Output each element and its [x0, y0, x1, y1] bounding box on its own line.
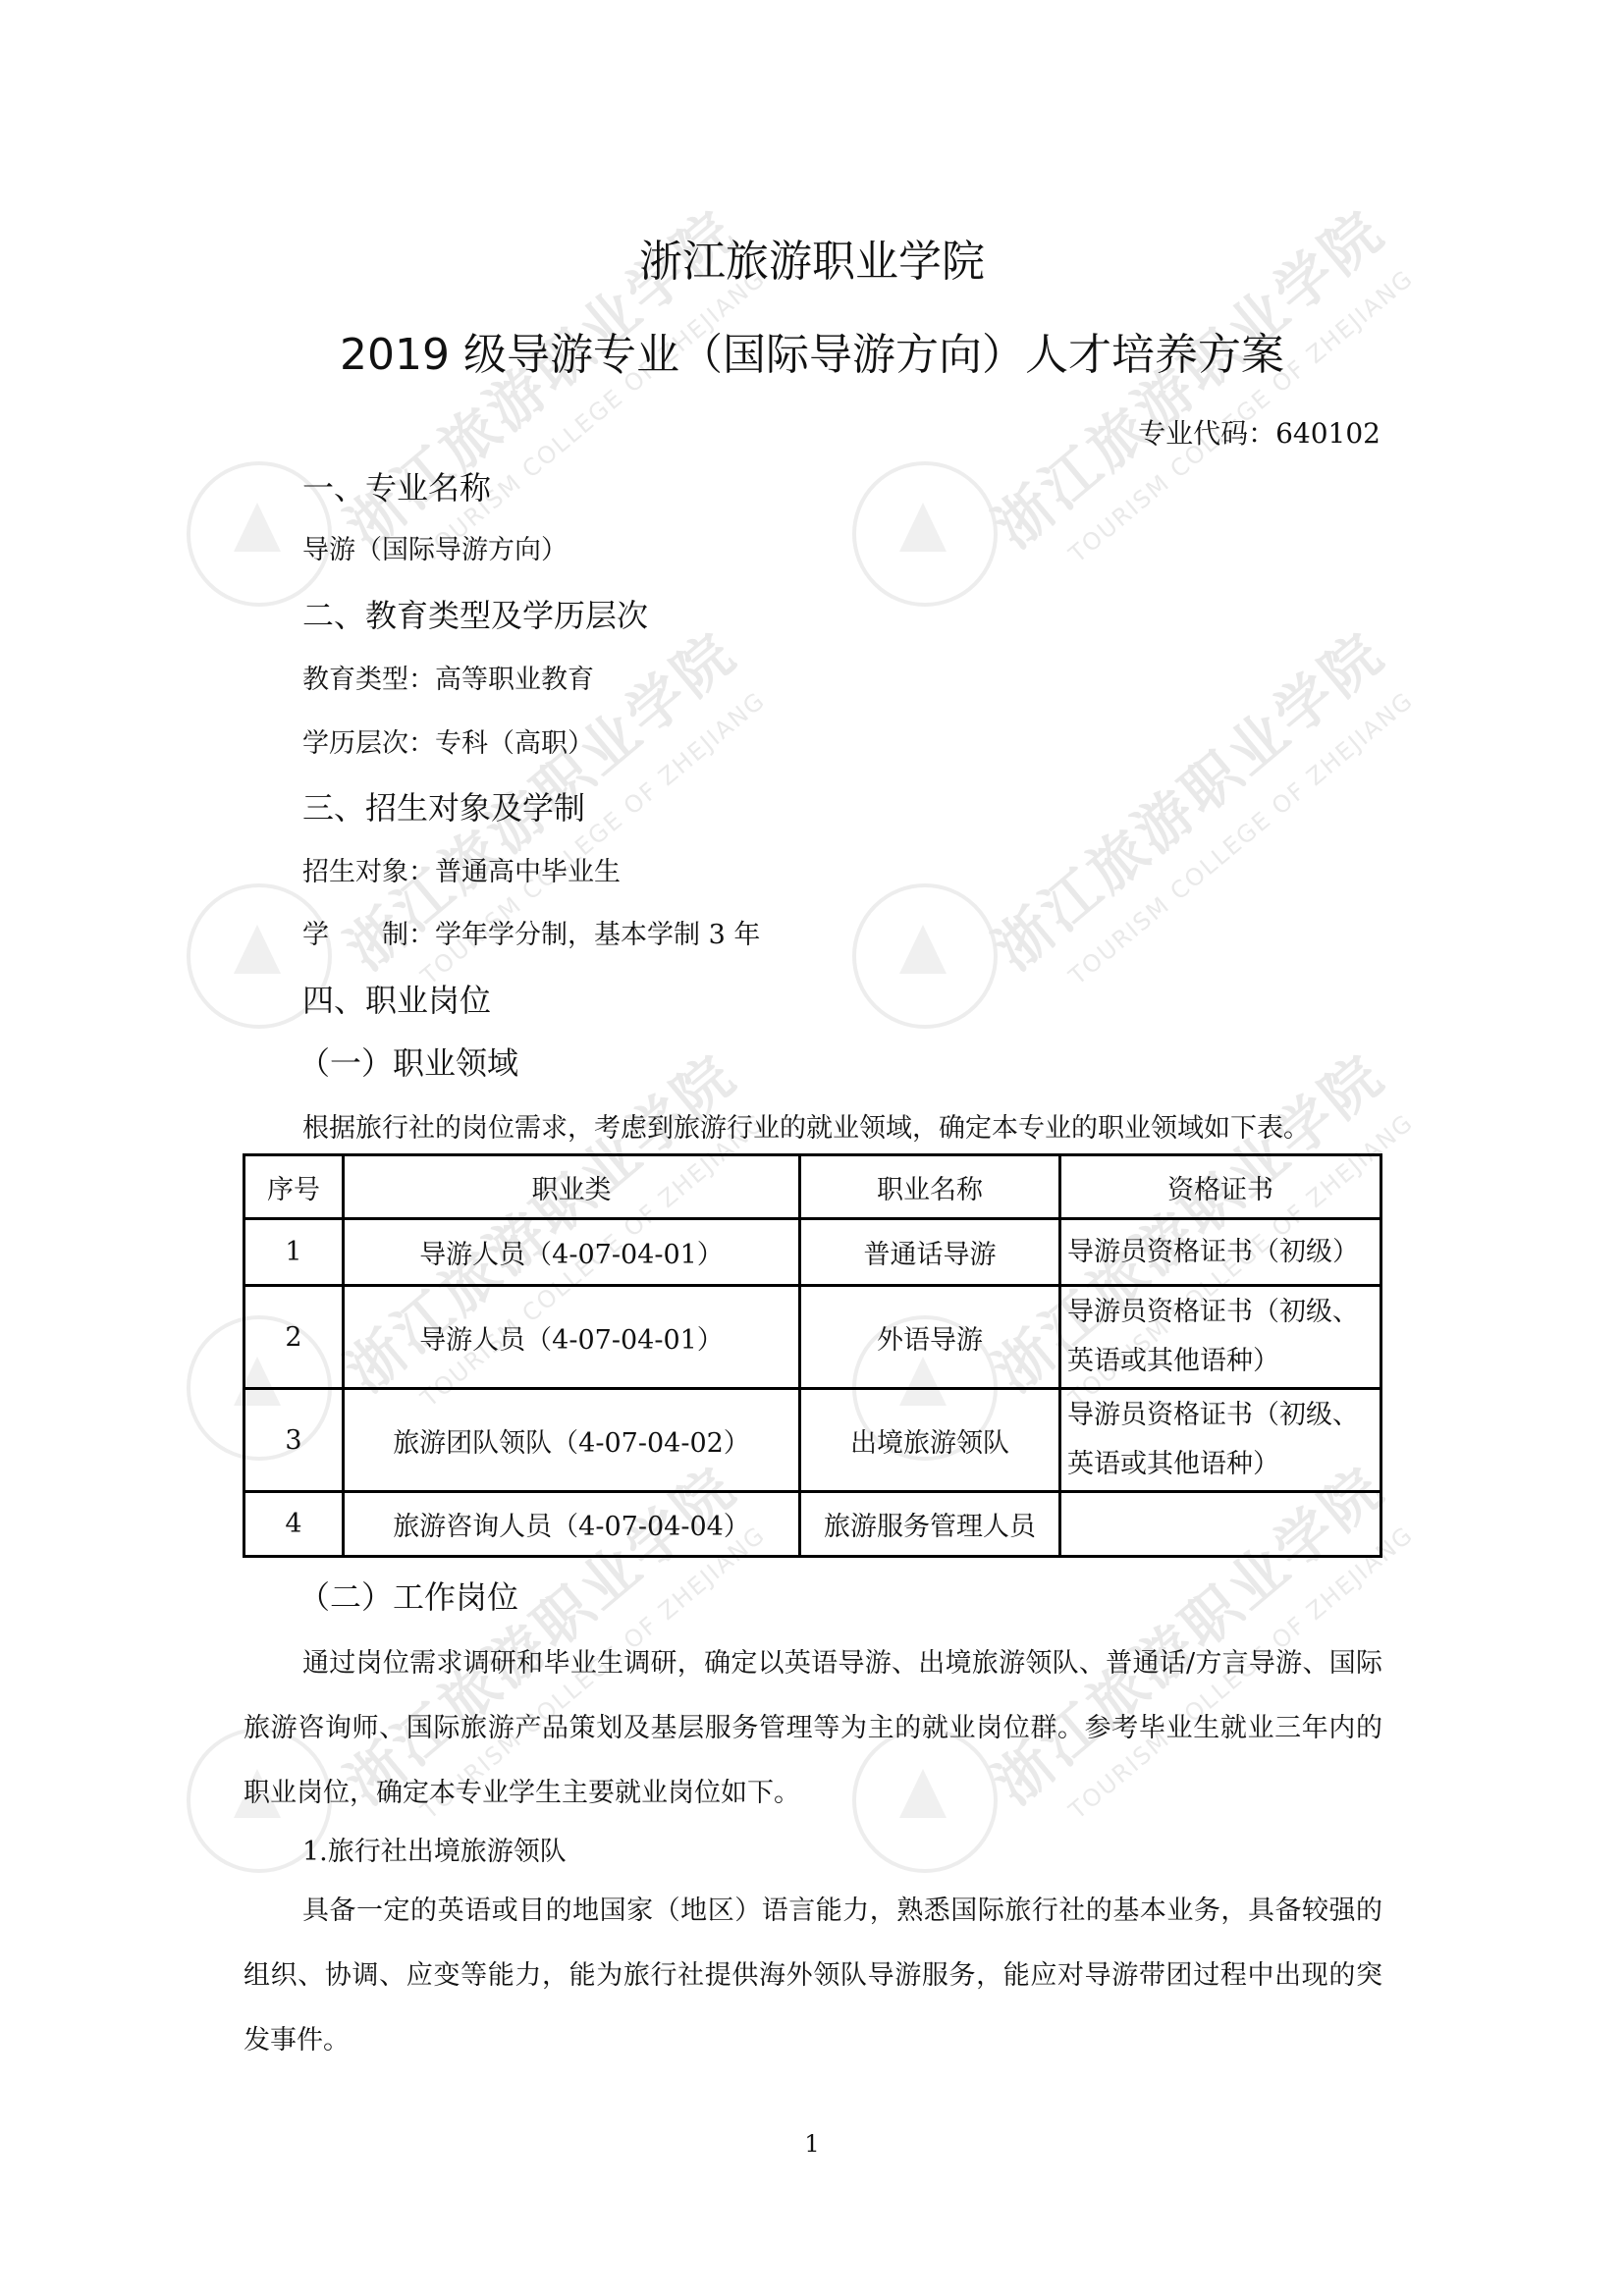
cell-index: 4 [244, 1492, 344, 1557]
section-heading-major-name: 一、专业名称 [302, 463, 491, 508]
watermark-text-en: TOURISM COLLEGE OF ZHEJIANG [1063, 686, 1419, 990]
college-seal-icon [852, 883, 998, 1029]
header-category: 职业类 [344, 1155, 800, 1219]
enrollment-target-text: 招生对象：普通高中毕业生 [302, 850, 621, 888]
education-type-text: 教育类型：高等职业教育 [302, 658, 594, 696]
cell-category: 旅游团队领队（4-07-04-02） [344, 1389, 800, 1492]
cell-certificate: 导游员资格证书（初级） [1060, 1219, 1381, 1286]
cell-category: 旅游咨询人员（4-07-04-04） [344, 1492, 800, 1557]
position-1-description: 具备一定的英语或目的地国家（地区）语言能力，熟悉国际旅行社的基本业务，具备较强的… [244, 1879, 1382, 2073]
cell-certificate [1060, 1492, 1381, 1557]
education-level-text: 学历层次：专科（高职） [302, 721, 594, 760]
institution-title: 浙江旅游职业学院 [0, 226, 1624, 289]
section-heading-education: 二、教育类型及学历层次 [302, 591, 648, 636]
header-certificate: 资格证书 [1060, 1155, 1381, 1219]
cell-job-name: 普通话导游 [800, 1219, 1060, 1286]
major-code: 专业代码：640102 [1138, 412, 1380, 452]
cell-index: 2 [244, 1286, 344, 1389]
cell-certificate: 导游员资格证书（初级、英语或其他语种） [1060, 1389, 1381, 1492]
section-heading-enrollment: 三、招生对象及学制 [302, 783, 585, 828]
table-row: 2 导游人员（4-07-04-01） 外语导游 导游员资格证书（初级、英语或其他… [244, 1286, 1381, 1389]
subsection-heading-work-positions: （二）工作岗位 [298, 1573, 518, 1618]
header-job-name: 职业名称 [800, 1155, 1060, 1219]
page-number: 1 [0, 2130, 1624, 2158]
cell-job-name: 旅游服务管理人员 [800, 1492, 1060, 1557]
work-positions-intro: 通过岗位需求调研和毕业生调研，确定以英语导游、出境旅游领队、普通话/方言导游、国… [244, 1631, 1382, 1826]
major-name-text: 导游（国际导游方向） [302, 528, 568, 566]
subsection-heading-career-fields: （一）职业领域 [298, 1039, 518, 1084]
cell-job-name: 外语导游 [800, 1286, 1060, 1389]
table-header-row: 序号 职业类 职业名称 资格证书 [244, 1155, 1381, 1219]
header-index: 序号 [244, 1155, 344, 1219]
cell-category: 导游人员（4-07-04-01） [344, 1286, 800, 1389]
watermark-text-en: TOURISM COLLEGE OF ZHEJIANG [415, 264, 771, 568]
cell-category: 导游人员（4-07-04-01） [344, 1219, 800, 1286]
career-fields-intro: 根据旅行社的岗位需求，考虑到旅游行业的就业领域，确定本专业的职业领域如下表。 [302, 1106, 1310, 1145]
table-row: 1 导游人员（4-07-04-01） 普通话导游 导游员资格证书（初级） [244, 1219, 1381, 1286]
cell-job-name: 出境旅游领队 [800, 1389, 1060, 1492]
career-fields-table: 序号 职业类 职业名称 资格证书 1 导游人员（4-07-04-01） 普通话导… [243, 1153, 1382, 1558]
cell-index: 3 [244, 1389, 344, 1492]
section-heading-careers: 四、职业岗位 [302, 976, 491, 1021]
table-row: 3 旅游团队领队（4-07-04-02） 出境旅游领队 导游员资格证书（初级、英… [244, 1389, 1381, 1492]
study-system-text: 学 制：学年学分制，基本学制 3 年 [302, 913, 760, 951]
position-1-title: 1.旅行社出境旅游领队 [302, 1830, 567, 1868]
watermark-text: 浙江旅游职业学院 [973, 609, 1399, 985]
cell-certificate: 导游员资格证书（初级、英语或其他语种） [1060, 1286, 1381, 1389]
cell-index: 1 [244, 1219, 344, 1286]
document-title: 2019 级导游专业（国际导游方向）人才培养方案 [0, 319, 1624, 382]
table-row: 4 旅游咨询人员（4-07-04-04） 旅游服务管理人员 [244, 1492, 1381, 1557]
college-seal-icon [852, 461, 998, 607]
